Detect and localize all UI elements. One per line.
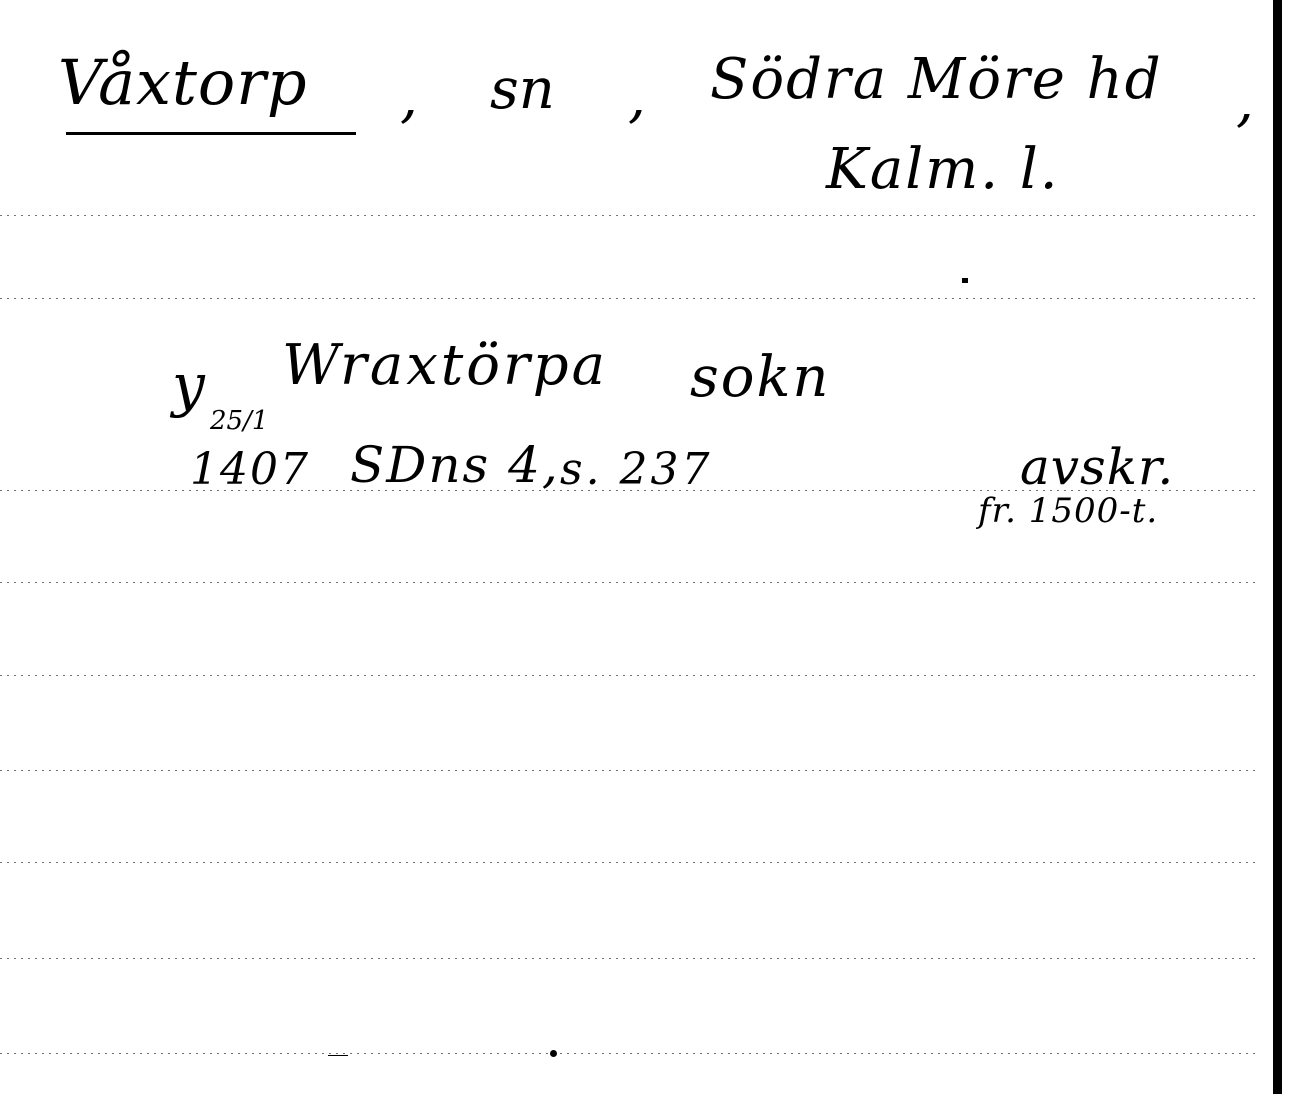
ruled-line	[0, 675, 1260, 676]
note-mark: y	[172, 356, 205, 414]
attested-form: Wraxtörpa	[282, 338, 608, 394]
index-card: Våxtorp , sn , Södra Möre hd , Kalm. l. …	[0, 0, 1290, 1094]
ruled-line	[0, 958, 1260, 959]
card-right-edge	[1273, 0, 1282, 1094]
separator: ,	[400, 70, 418, 126]
attestation-date: 25/1	[210, 408, 268, 434]
attested-form-parish-word: sokn	[690, 350, 830, 406]
source-reference: SDns 4,	[350, 440, 560, 490]
scan-speck	[962, 278, 968, 283]
ruled-line	[0, 862, 1260, 863]
separator: ,	[1236, 74, 1254, 130]
ruled-line	[0, 770, 1260, 771]
ruled-line	[0, 298, 1260, 299]
scan-speck	[328, 1055, 348, 1056]
headword: Våxtorp	[58, 52, 308, 114]
headword-underline	[66, 132, 356, 135]
remark-date: fr. 1500-t.	[978, 494, 1158, 528]
separator: ,	[628, 70, 646, 126]
ruled-line	[0, 490, 1260, 491]
source-page: s. 237	[560, 448, 713, 492]
attestation-year: 1407	[190, 448, 310, 492]
parish-abbreviation: sn	[490, 62, 555, 118]
ruled-line	[0, 215, 1260, 216]
county-name: Kalm. l.	[826, 142, 1060, 198]
remark-copy: avskr.	[1020, 442, 1174, 492]
district-name: Södra Möre hd	[710, 52, 1163, 108]
ruled-line	[0, 1053, 1260, 1054]
ruled-line	[0, 582, 1260, 583]
